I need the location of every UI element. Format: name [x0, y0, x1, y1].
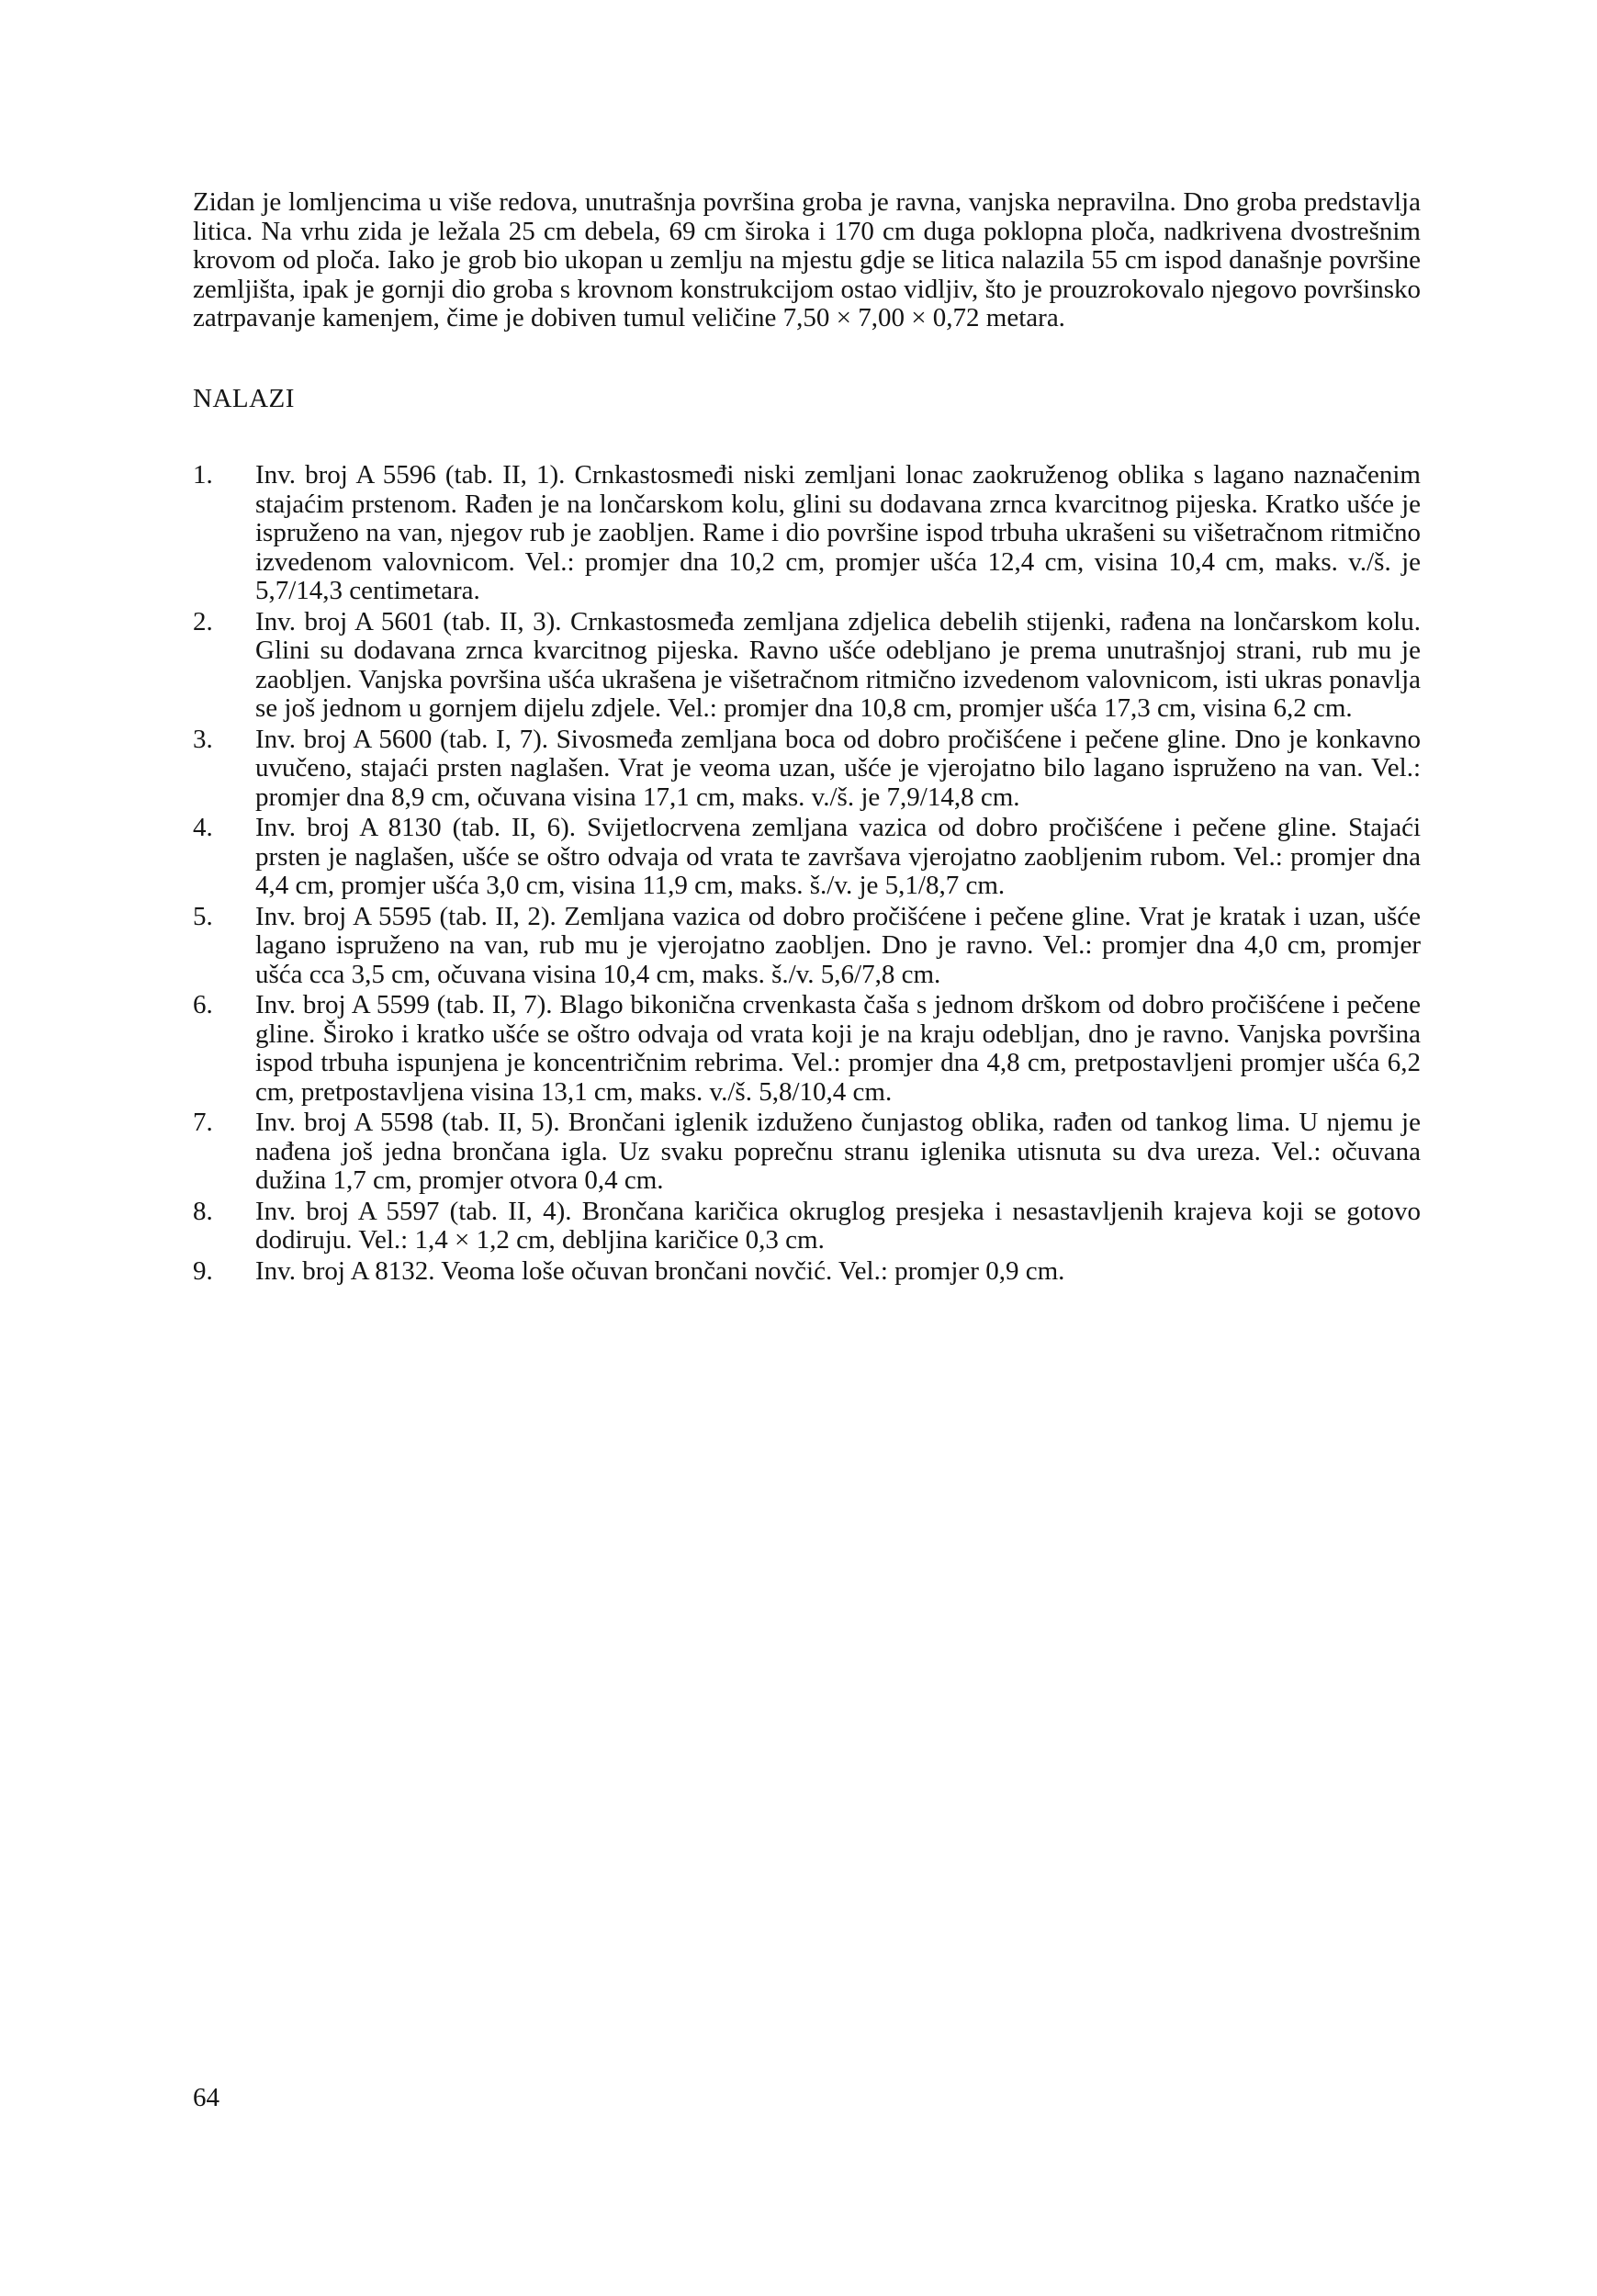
page-number: 64: [193, 2083, 219, 2113]
finding-number: 5.: [193, 903, 255, 990]
section-title: NALAZI: [193, 385, 1421, 414]
page-body: Zidan je lomljencima u više redova, unut…: [193, 188, 1421, 1288]
finding-text: Inv. broj A 5597 (tab. II, 4). Brončana …: [255, 1198, 1421, 1255]
finding-text: Inv. broj A 8130 (tab. II, 6). Svijetloc…: [255, 814, 1421, 901]
finding-text: Inv. broj A 5596 (tab. II, 1). Crnkastos…: [255, 461, 1421, 606]
intro-paragraph: Zidan je lomljencima u više redova, unut…: [193, 188, 1421, 333]
finding-item: 8.Inv. broj A 5597 (tab. II, 4). Brončan…: [193, 1198, 1421, 1255]
finding-item: 6.Inv. broj A 5599 (tab. II, 7). Blago b…: [193, 991, 1421, 1107]
finding-number: 4.: [193, 814, 255, 901]
finding-item: 3.Inv. broj A 5600 (tab. I, 7). Sivosmeđ…: [193, 726, 1421, 813]
findings-list: 1.Inv. broj A 5596 (tab. II, 1). Crnkast…: [193, 461, 1421, 1286]
finding-number: 3.: [193, 726, 255, 813]
finding-item: 7.Inv. broj A 5598 (tab. II, 5). Brončan…: [193, 1109, 1421, 1196]
finding-number: 9.: [193, 1257, 255, 1287]
finding-text: Inv. broj A 5599 (tab. II, 7). Blago bik…: [255, 991, 1421, 1107]
finding-item: 9.Inv. broj A 8132. Veoma loše očuvan br…: [193, 1257, 1421, 1287]
finding-item: 1.Inv. broj A 5596 (tab. II, 1). Crnkast…: [193, 461, 1421, 606]
finding-number: 2.: [193, 608, 255, 724]
finding-item: 4.Inv. broj A 8130 (tab. II, 6). Svijetl…: [193, 814, 1421, 901]
finding-number: 6.: [193, 991, 255, 1107]
finding-number: 7.: [193, 1109, 255, 1196]
finding-number: 8.: [193, 1198, 255, 1255]
finding-text: Inv. broj A 5598 (tab. II, 5). Brončani …: [255, 1109, 1421, 1196]
finding-text: Inv. broj A 5595 (tab. II, 2). Zemljana …: [255, 903, 1421, 990]
finding-item: 5.Inv. broj A 5595 (tab. II, 2). Zemljan…: [193, 903, 1421, 990]
finding-item: 2.Inv. broj A 5601 (tab. II, 3). Crnkast…: [193, 608, 1421, 724]
finding-text: Inv. broj A 5601 (tab. II, 3). Crnkastos…: [255, 608, 1421, 724]
finding-text: Inv. broj A 5600 (tab. I, 7). Sivosmeđa …: [255, 726, 1421, 813]
finding-text: Inv. broj A 8132. Veoma loše očuvan bron…: [255, 1257, 1421, 1287]
finding-number: 1.: [193, 461, 255, 606]
